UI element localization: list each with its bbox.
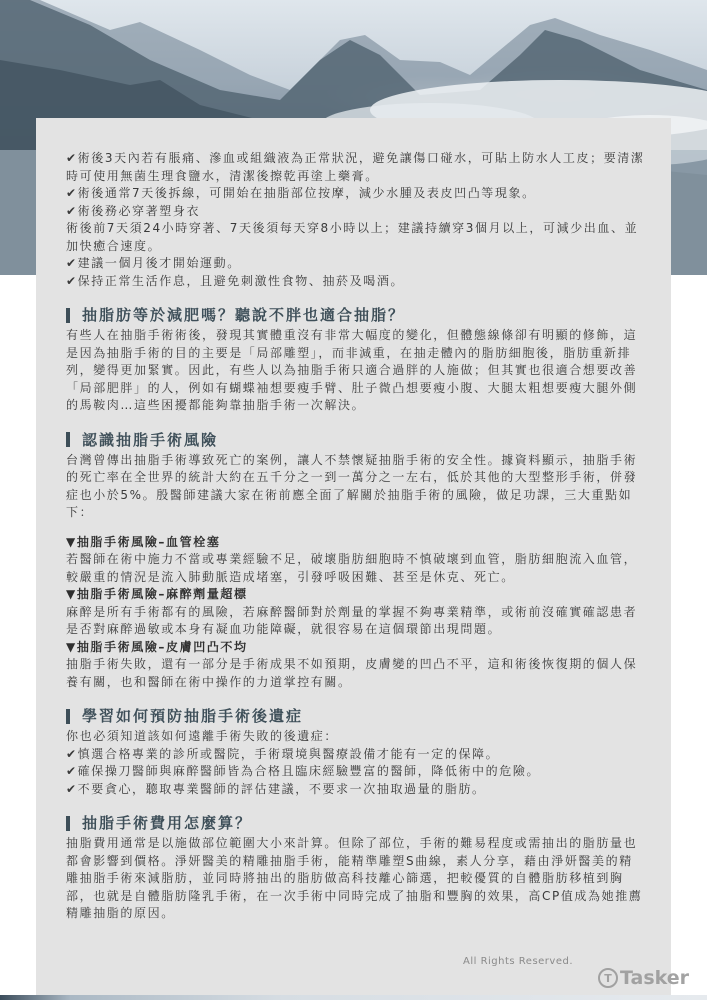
section-heading-liposuction-vs-diet: 抽脂肪等於減肥嗎？聽說不胖也適合抽脂？: [66, 305, 646, 325]
watermark-text: Tasker: [620, 967, 689, 989]
heading-bar-icon: [66, 709, 70, 724]
risk-body: 麻醉是所有手術都有的風險，若麻醉醫師對於劑量的掌握不夠專業精準，或術前沒確實確認…: [66, 604, 646, 639]
risk-title-skin: ▼抽脂手術風險–皮膚凹凸不均: [66, 639, 646, 657]
section-title-text: 認識抽脂手術風險: [82, 430, 218, 450]
tasker-watermark: T Tasker: [598, 967, 689, 989]
heading-bar-icon: [66, 816, 70, 831]
prevention-item: ✔慎選合格專業的診所或醫院，手術環境與醫療設備才能有一定的保障。: [66, 746, 646, 764]
heading-bar-icon: [66, 432, 70, 447]
care-tip: ✔建議一個月後才開始運動。: [66, 255, 646, 273]
section-title-text: 學習如何預防抽脂手術後遺症: [82, 706, 303, 726]
article-content: ✔術後3天內若有脹痛、滲血或組織液為正常狀況，避免讓傷口碰水，可貼上防水人工皮；…: [66, 150, 646, 923]
care-tip: ✔保持正常生活作息，且避免刺激性食物、抽菸及喝酒。: [66, 273, 646, 291]
prevention-item: ✔確保操刀醫師與麻醉醫師皆為合格且臨床經驗豐富的醫師，降低術中的危險。: [66, 763, 646, 781]
section-body: 有些人在抽脂手術術後，發現其實體重沒有非常大幅度的變化，但體態線條卻有明顯的修飾…: [66, 327, 646, 415]
care-tip: ✔術後3天內若有脹痛、滲血或組織液為正常狀況，避免讓傷口碰水，可貼上防水人工皮；…: [66, 150, 646, 185]
section-title-text: 抽脂肪等於減肥嗎？聽說不胖也適合抽脂？: [82, 305, 405, 325]
article-panel: ✔術後3天內若有脹痛、滲血或組織液為正常狀況，避免讓傷口碰水，可貼上防水人工皮；…: [36, 118, 671, 995]
bottom-image-strip: [0, 995, 707, 1000]
risk-body: 抽脂手術失敗，還有一部分是手術成果不如預期，皮膚變的凹凸不平，這和術後恢復期的個…: [66, 656, 646, 691]
risk-title-embolism: ▼抽脂手術風險–血管栓塞: [66, 534, 646, 552]
section-heading-risks: 認識抽脂手術風險: [66, 430, 646, 450]
section-intro: 你也必須知道該如何遠離手術失敗的後遺症：: [66, 728, 646, 746]
care-tips-list: ✔術後3天內若有脹痛、滲血或組織液為正常狀況，避免讓傷口碰水，可貼上防水人工皮；…: [66, 150, 646, 290]
risk-body: 若醫師在術中施力不當或專業經驗不足，破壞脂肪細胞時不慎破壞到血管，脂肪細胞流入血…: [66, 551, 646, 586]
section-heading-prevention: 學習如何預防抽脂手術後遺症: [66, 706, 646, 726]
section-heading-cost: 抽脂手術費用怎麼算？: [66, 813, 646, 833]
tasker-logo-icon: T: [598, 968, 618, 988]
section-body: 台灣曾傳出抽脂手術導致死亡的案例，讓人不禁懷疑抽脂手術的安全性。據資料顯示，抽脂…: [66, 452, 646, 522]
care-tip: ✔術後務必穿著塑身衣: [66, 203, 646, 221]
care-tip: ✔術後通常7天後拆線，可開始在抽脂部位按摩，減少水腫及表皮凹凸等現象。: [66, 185, 646, 203]
risk-title-anesthesia: ▼抽脂手術風險–麻醉劑量超標: [66, 586, 646, 604]
prevention-item: ✔不要貪心，聽取專業醫師的評估建議，不要求一次抽取過量的脂肪。: [66, 781, 646, 799]
care-tip: 術後前7天須24小時穿著、7天後須每天穿8小時以上；建議持續穿3個月以上，可減少…: [66, 220, 646, 255]
copyright-notice: All Rights Reserved.: [463, 956, 573, 967]
section-title-text: 抽脂手術費用怎麼算？: [82, 813, 252, 833]
heading-bar-icon: [66, 308, 70, 323]
section-body: 抽脂費用通常是以施做部位範圍大小來計算。但除了部位，手術的難易程度或需抽出的脂肪…: [66, 835, 646, 923]
